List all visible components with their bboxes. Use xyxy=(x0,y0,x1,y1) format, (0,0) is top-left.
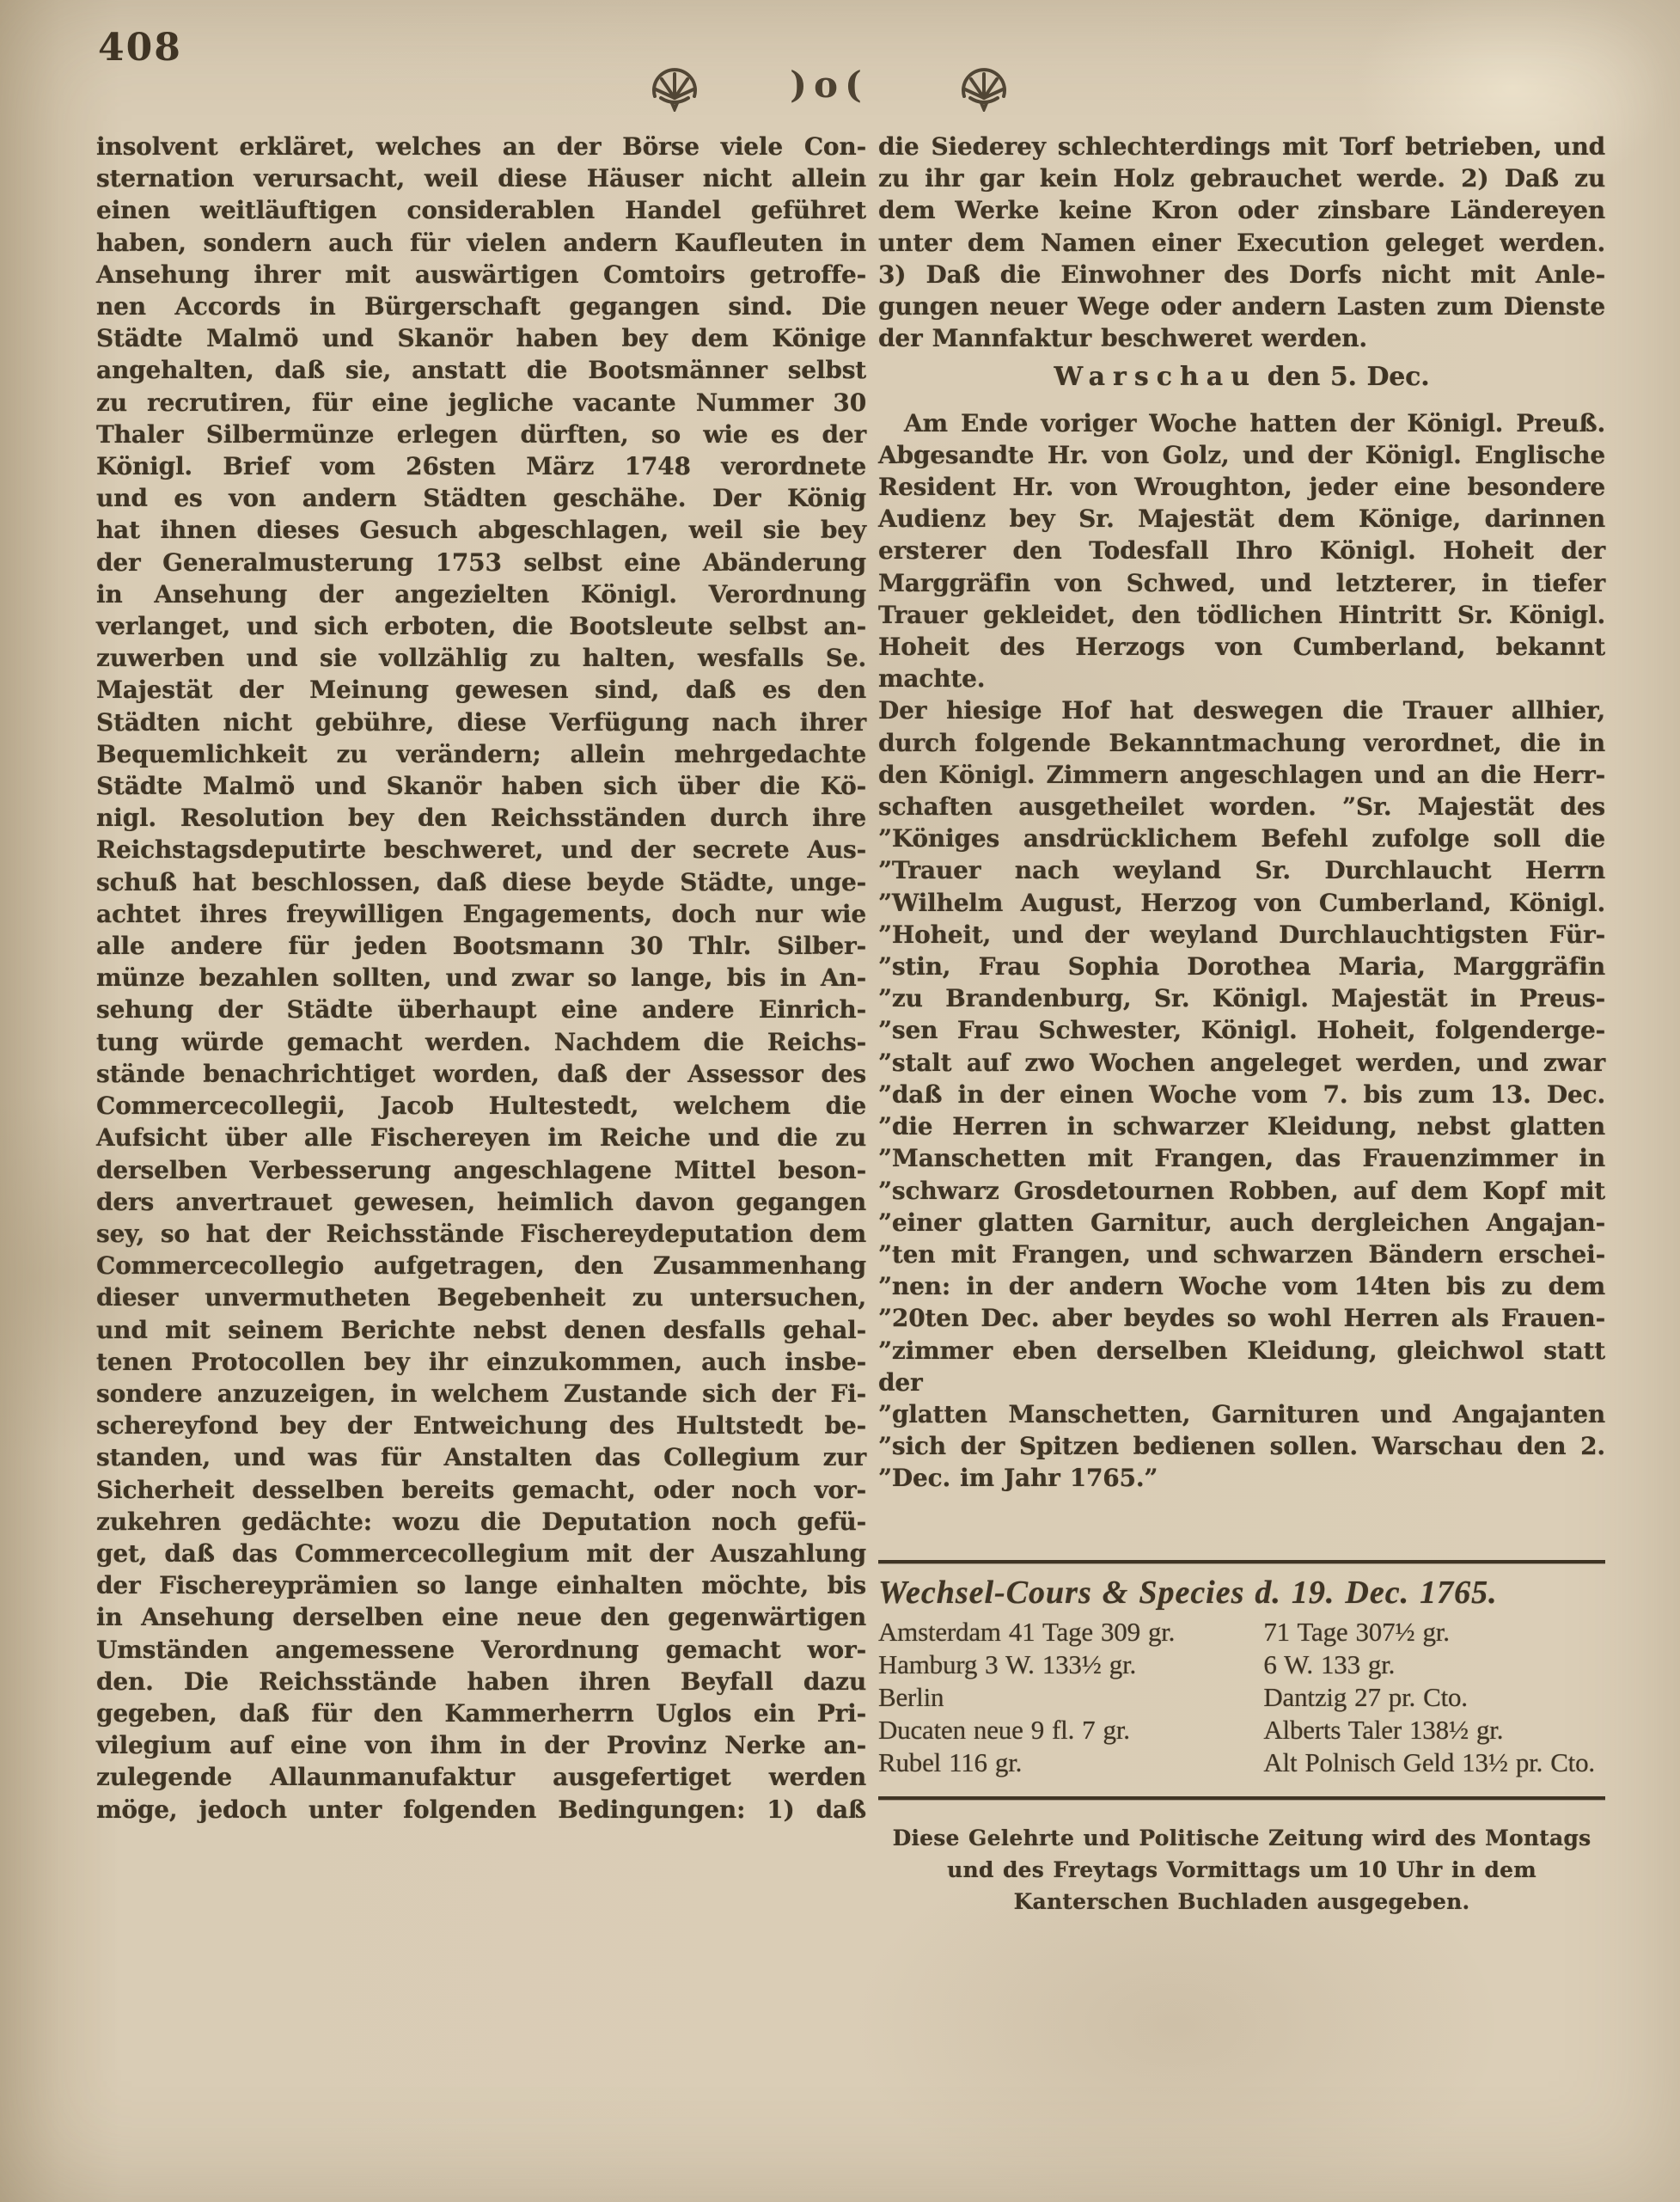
text-line: einen weitläuftigen considerablen Handel… xyxy=(96,194,866,226)
text-line: ”zimmer eben derselben Kleidung, gleichw… xyxy=(878,1335,1605,1398)
text-line: ”stalt auf zwo Wochen angeleget werden, … xyxy=(878,1047,1605,1079)
text-line: get, daß das Commercecollegium mit der A… xyxy=(96,1538,866,1569)
text-line: der Fischereyprämien so lange einhalten … xyxy=(96,1569,866,1601)
text-line: ”Hoheit, und der weyland Durchlauchtigst… xyxy=(878,919,1605,951)
text-line: gungen neuer Wege oder andern Lasten zum… xyxy=(878,291,1605,322)
divider-rule-top xyxy=(878,1560,1605,1563)
text-line: Audienz bey Sr. Majestät dem Könige, dar… xyxy=(878,503,1605,535)
text-line: Sicherheit desselben bereits gemacht, od… xyxy=(96,1474,866,1506)
text-line: standen, und was für Anstalten das Colle… xyxy=(96,1441,866,1473)
dateline-date: den 5. Dec. xyxy=(1268,362,1430,392)
text-line: sey, so hat der Reichsstände Fischereyde… xyxy=(96,1218,866,1250)
text-line: schuß hat beschlossen, daß diese beyde S… xyxy=(96,866,866,898)
left-column: insolvent erkläret, welches an der Börse… xyxy=(96,131,866,1826)
text-line: nigl. Resolution bey den Reichsständen d… xyxy=(96,802,866,834)
exchange-rate-row-right: Alberts Taler 138½ gr. xyxy=(1263,1714,1605,1746)
text-line: unter dem Namen einer Execution geleget … xyxy=(878,227,1605,259)
text-line: dem Werke keine Kron oder zinsbare Lände… xyxy=(878,194,1605,226)
text-line: ”Manschetten mit Frangen, das Frauenzimm… xyxy=(878,1142,1605,1174)
text-line: die Siederey schlechterdings mit Torf be… xyxy=(878,131,1605,162)
text-line: nen Accords in Bürgerschaft gegangen sin… xyxy=(96,291,866,322)
exchange-rate-row: Amsterdam 41 Tage 309 gr.71 Tage 307½ gr… xyxy=(878,1616,1605,1648)
shell-ornament-icon xyxy=(958,64,1010,112)
exchange-rate-row-left: Berlin xyxy=(878,1681,1263,1714)
text-line: dieser unvermutheten Begebenheit zu unte… xyxy=(96,1281,866,1313)
text-line: Reichstagsdeputirte beschweret, und der … xyxy=(96,834,866,866)
exchange-rate-row-left: Hamburg 3 W. 133½ gr. xyxy=(878,1648,1263,1681)
exchange-rate-row-left: Amsterdam 41 Tage 309 gr. xyxy=(878,1616,1263,1648)
text-line: Umständen angemessene Verordnung gemacht… xyxy=(96,1634,866,1666)
text-line: in Ansehung derselben eine neue den gege… xyxy=(96,1601,866,1633)
text-line: den Königl. Zimmern angeschlagen und an … xyxy=(878,759,1605,791)
text-line: Abgesandte Hr. von Golz, und der Königl.… xyxy=(878,439,1605,471)
text-line: Städten nicht gebühre, diese Verfügung n… xyxy=(96,706,866,738)
imprint-line: Diese Gelehrte und Politische Zeitung wi… xyxy=(878,1822,1605,1854)
exchange-rate-row-right: Alt Polnisch Geld 13½ pr. Cto. xyxy=(1263,1746,1605,1779)
text-line: ”Dec. im Jahr 1765.” xyxy=(878,1462,1605,1494)
text-line: durch folgende Bekanntmachung verordnet,… xyxy=(878,727,1605,759)
text-line: den. Die Reichsstände haben ihren Beyfal… xyxy=(96,1666,866,1697)
text-line: ”zu Brandenburg, Sr. Königl. Majestät in… xyxy=(878,982,1605,1014)
newspaper-page: 408 )o( insolvent erkläret, welches an d… xyxy=(0,0,1680,2202)
page-number: 408 xyxy=(98,26,182,70)
text-line: gegeben, daß für den Kammerherrn Uglos e… xyxy=(96,1697,866,1729)
text-line: Commercecollegii, Jacob Hultestedt, welc… xyxy=(96,1090,866,1122)
text-line: ”stin, Frau Sophia Dorothea Maria, Margg… xyxy=(878,951,1605,982)
exchange-rate-row-right: 6 W. 133 gr. xyxy=(1263,1648,1605,1681)
exchange-rates-table: Amsterdam 41 Tage 309 gr.71 Tage 307½ gr… xyxy=(878,1616,1605,1779)
warsaw-article-section: Am Ende voriger Woche hatten der Königl.… xyxy=(878,407,1605,1495)
text-line: Majestät der Meinung gewesen sind, daß e… xyxy=(96,674,866,706)
text-line: schereyfond bey der Entweichung des Hult… xyxy=(96,1410,866,1441)
text-line: sondere anzuzeigen, in welchem Zustande … xyxy=(96,1378,866,1410)
dateline-place: Warschau xyxy=(1054,362,1258,392)
text-line: ”schwarz Grosdetournen Robben, auf dem K… xyxy=(878,1175,1605,1207)
shell-ornament-icon xyxy=(649,64,700,112)
text-line: ”einer glatten Garnitur, auch dergleiche… xyxy=(878,1207,1605,1239)
text-line: ”glatten Manschetten, Garnituren und Ang… xyxy=(878,1398,1605,1430)
text-line: Thaler Silbermünze erlegen dürften, so w… xyxy=(96,419,866,450)
text-line: schaften ausgetheilet worden. ”Sr. Majes… xyxy=(878,791,1605,823)
text-line: tung würde gemacht werden. Nachdem die R… xyxy=(96,1026,866,1058)
exchange-rate-row-right: 71 Tage 307½ gr. xyxy=(1263,1616,1605,1648)
exchange-rate-row-left: Rubel 116 gr. xyxy=(878,1746,1263,1779)
text-line: Der hiesige Hof hat deswegen die Trauer … xyxy=(878,694,1605,726)
text-line: münze bezahlen sollten, und zwar so lang… xyxy=(96,962,866,994)
text-line: und mit seinem Berichte nebst denen desf… xyxy=(96,1314,866,1346)
text-line: tenen Protocollen bey ihr einzukommen, a… xyxy=(96,1346,866,1378)
exchange-rate-row-right: Dantzig 27 pr. Cto. xyxy=(1263,1681,1605,1714)
text-line: Am Ende voriger Woche hatten der Königl.… xyxy=(878,407,1605,439)
text-line: möge, jedoch unter folgenden Bedingungen… xyxy=(96,1794,866,1826)
text-line: derselben Verbesserung angeschlagene Mit… xyxy=(96,1154,866,1186)
text-line: der Mannfaktur beschweret werden. xyxy=(878,322,1605,354)
exchange-rate-row: Hamburg 3 W. 133½ gr.6 W. 133 gr. xyxy=(878,1648,1605,1681)
text-line: ”nen: in der andern Woche vom 14ten bis … xyxy=(878,1270,1605,1302)
text-line: ersterer den Todesfall Ihro Königl. Hohe… xyxy=(878,535,1605,566)
text-line: Aufsicht über alle Fischereyen im Reiche… xyxy=(96,1122,866,1153)
text-line: Städte Malmö und Skanör haben sich über … xyxy=(96,770,866,802)
text-line: ”sich der Spitzen bedienen sollen. Warsc… xyxy=(878,1430,1605,1462)
header-ornaments: )o( xyxy=(649,57,1010,119)
text-line: vilegium auf eine von ihm in der Provinz… xyxy=(96,1729,866,1761)
text-line: Städte Malmö und Skanör haben bey dem Kö… xyxy=(96,322,866,354)
exchange-rate-row: Ducaten neue 9 fl. 7 gr.Alberts Taler 13… xyxy=(878,1714,1605,1746)
text-line: Bequemlichkeit zu verändern; allein mehr… xyxy=(96,738,866,770)
text-line: ders anvertrauet gewesen, heimlich davon… xyxy=(96,1186,866,1218)
text-line: ”daß in der einen Woche vom 7. bis zum 1… xyxy=(878,1079,1605,1110)
text-line: zuwerben und sie vollzählig zu halten, w… xyxy=(96,642,866,674)
article-conditions-section: die Siederey schlechterdings mit Torf be… xyxy=(878,131,1605,354)
text-line: sternation verursacht, weil diese Häuser… xyxy=(96,162,866,194)
divider-rule-bottom xyxy=(878,1796,1605,1800)
text-line: hat ihnen dieses Gesuch abgeschlagen, we… xyxy=(96,514,866,546)
text-line: angehalten, daß sie, anstatt die Bootsmä… xyxy=(96,354,866,386)
exchange-rate-row: BerlinDantzig 27 pr. Cto. xyxy=(878,1681,1605,1714)
text-line: ”Wilhelm August, Herzog von Cumberland, … xyxy=(878,887,1605,919)
imprint-line: und des Freytags Vormittags um 10 Uhr in… xyxy=(878,1854,1605,1886)
imprint-line: Kanterschen Buchladen ausgegeben. xyxy=(878,1886,1605,1918)
text-line: der Generalmusterung 1753 selbst eine Ab… xyxy=(96,547,866,578)
text-line: Marggräfin von Schwed, und letzterer, in… xyxy=(878,567,1605,599)
text-line: 3) Daß die Einwohner des Dorfs nicht mit… xyxy=(878,259,1605,291)
right-column: die Siederey schlechterdings mit Torf be… xyxy=(878,131,1605,1918)
text-line: Trauer gekleidet, den tödlichen Hintritt… xyxy=(878,599,1605,631)
text-line: zukehren gedächte: wozu die Deputation n… xyxy=(96,1506,866,1538)
text-line: ”die Herren in schwarzer Kleidung, nebst… xyxy=(878,1110,1605,1142)
text-line: sehung der Städte überhaupt eine andere … xyxy=(96,994,866,1025)
text-line: und es von andern Städten geschähe. Der … xyxy=(96,482,866,514)
text-line: Resident Hr. von Wroughton, jeder eine b… xyxy=(878,471,1605,503)
text-line: ”Trauer nach weyland Sr. Durchlaucht Her… xyxy=(878,854,1605,886)
exchange-rates-section: Wechsel-Cours & Species d. 19. Dec. 1765… xyxy=(878,1577,1605,1779)
text-line: zulegende Allaunmanufaktur ausgefertiget… xyxy=(96,1761,866,1793)
text-line: in Ansehung der angezielten Königl. Vero… xyxy=(96,578,866,610)
text-line: ”sen Frau Schwester, Königl. Hoheit, fol… xyxy=(878,1014,1605,1046)
dateline-heading: Warschau den 5. Dec. xyxy=(878,361,1605,393)
exchange-rate-row: Rubel 116 gr.Alt Polnisch Geld 13½ pr. C… xyxy=(878,1746,1605,1779)
text-line: ”ten mit Frangen, und schwarzen Bändern … xyxy=(878,1239,1605,1270)
text-line: ”Königes ansdrücklichem Befehl zufolge s… xyxy=(878,823,1605,854)
text-line: alle andere für jeden Bootsmann 30 Thlr.… xyxy=(96,930,866,962)
column-separator-mark: )o( xyxy=(790,64,869,106)
text-line: verlanget, und sich erboten, die Bootsle… xyxy=(96,610,866,642)
text-line: ”20ten Dec. aber beydes so wohl Herren a… xyxy=(878,1302,1605,1334)
text-line: achtet ihres freywilligen Engagements, d… xyxy=(96,898,866,930)
text-line: haben, sondern auch für vielen andern Ka… xyxy=(96,227,866,259)
text-line: Commercecollegio aufgetragen, den Zusamm… xyxy=(96,1250,866,1281)
exchange-rates-title: Wechsel-Cours & Species d. 19. Dec. 1765… xyxy=(878,1577,1605,1609)
text-line: Königl. Brief vom 26sten März 1748 veror… xyxy=(96,450,866,482)
text-line: zu ihr gar kein Holz gebrauchet werde. 2… xyxy=(878,162,1605,194)
publisher-imprint: Diese Gelehrte und Politische Zeitung wi… xyxy=(878,1822,1605,1918)
text-line: Hoheit des Herzogs von Cumberland, bekan… xyxy=(878,631,1605,694)
exchange-rate-row-left: Ducaten neue 9 fl. 7 gr. xyxy=(878,1714,1263,1746)
text-line: insolvent erkläret, welches an der Börse… xyxy=(96,131,866,162)
text-line: stände benachrichtiget worden, daß der A… xyxy=(96,1058,866,1090)
text-line: zu recrutiren, für eine jegliche vacante… xyxy=(96,387,866,419)
text-line: Ansehung ihrer mit auswärtigen Comtoirs … xyxy=(96,259,866,291)
